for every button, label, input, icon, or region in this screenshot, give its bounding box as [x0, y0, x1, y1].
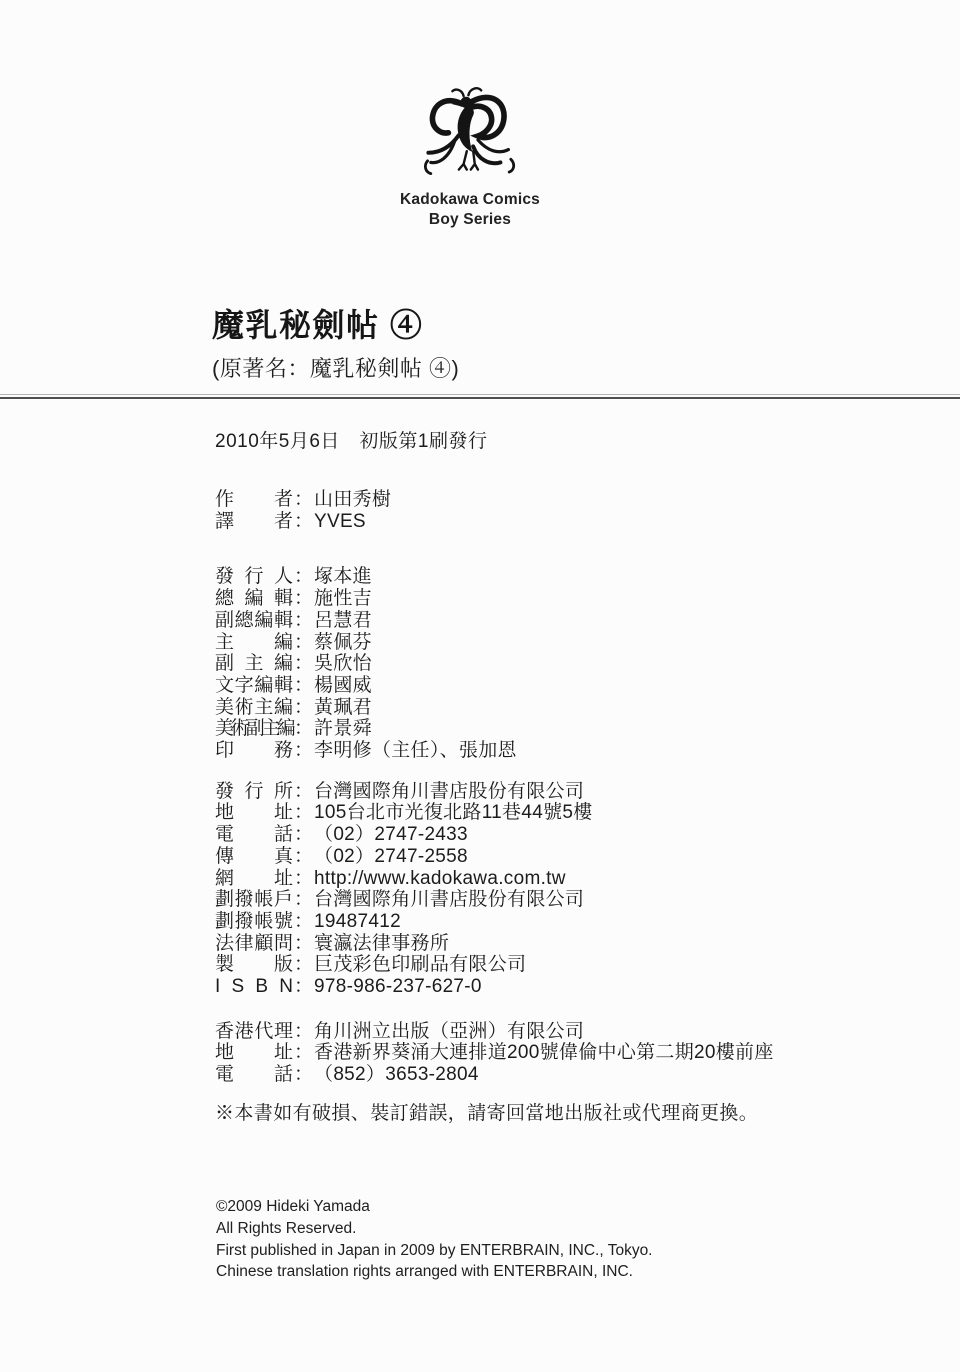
credit-label: 製版 — [215, 954, 293, 976]
credit-colon: ： — [294, 740, 313, 762]
credit-row: 香港代理 ： 角川洲立出版（亞洲）有限公司 — [215, 1021, 774, 1043]
credit-colon: ： — [294, 588, 313, 610]
credit-label: 副主編 — [215, 653, 293, 675]
divider-rule — [0, 394, 960, 399]
credit-value: （02）2747-2558 — [314, 846, 468, 868]
copyright-block: ©2009 Hideki Yamada All Rights Reserved.… — [216, 1196, 653, 1283]
credit-colon: ： — [294, 911, 313, 933]
credit-label: 副總編輯 — [215, 610, 293, 632]
credit-row: 發行所 ： 台灣國際角川書店股份有限公司 — [215, 781, 774, 803]
credit-value: 施性吉 — [314, 588, 372, 610]
credit-label: 傳真 — [215, 846, 293, 868]
credit-row: 劃撥帳號 ： 19487412 — [215, 911, 774, 933]
credit-label: 香港代理 — [215, 1021, 293, 1043]
credit-value: 台灣國際角川書店股份有限公司 — [314, 889, 584, 911]
isbn-value: 978-986-237-627-0 — [314, 976, 482, 998]
credit-colon: ： — [294, 697, 313, 719]
credit-label: 譯者 — [215, 511, 293, 533]
credit-label: 劃撥帳號 — [215, 911, 293, 933]
credit-value: 呂慧君 — [314, 610, 372, 632]
credit-block-staff: 發行人 ： 塚本進 總編輯 ： 施性吉 副總編輯 ： 呂慧君 主編 ： 蔡佩芬 … — [215, 566, 774, 761]
credit-label: 發行所 — [215, 781, 293, 803]
credit-colon: ： — [294, 954, 313, 976]
credit-block-hongkong: 香港代理 ： 角川洲立出版（亞洲）有限公司 地址 ： 香港新界葵涌大連排道200… — [215, 1021, 774, 1086]
title-block: 魔乳秘劍帖 ④ (原著名：魔乳秘剣帖 ④) — [212, 300, 459, 383]
credit-label: 作者 — [215, 489, 293, 511]
credit-colon: ： — [294, 889, 313, 911]
credit-value: 山田秀樹 — [314, 489, 391, 511]
credit-label: 主編 — [215, 632, 293, 654]
edition-line: 2010年5月6日 初版第1刷發行 — [215, 426, 487, 453]
credit-row: 文字編輯 ： 楊國威 — [215, 675, 774, 697]
credit-label: 地址 — [215, 1042, 293, 1064]
credit-colon: ： — [294, 933, 313, 955]
credit-value publisher-url: http://www.kadokawa.com.tw — [314, 868, 566, 890]
credit-colon: ： — [294, 566, 313, 588]
credit-row: 劃撥帳戶 ： 台灣國際角川書店股份有限公司 — [215, 889, 774, 911]
copyright-line: Chinese translation rights arranged with… — [216, 1261, 653, 1283]
divider-rule-dark — [0, 397, 960, 399]
credit-row: 地址 ： 香港新界葵涌大連排道200號偉倫中心第二期20樓前座 — [215, 1042, 774, 1064]
credit-colon: ： — [294, 511, 313, 533]
book-title: 魔乳秘劍帖 ④ — [212, 300, 459, 346]
credit-value: 19487412 — [314, 911, 401, 933]
credit-value: 李明修（主任）、張加恩 — [314, 740, 517, 762]
credit-colon: ： — [294, 781, 313, 803]
credit-label: 劃撥帳戶 — [215, 889, 293, 911]
credit-colon: ： — [294, 675, 313, 697]
credit-colon: ： — [294, 489, 313, 511]
credit-label: 發行人 — [215, 566, 293, 588]
credit-label: 網址 — [215, 868, 293, 890]
credit-row: 作者 ： 山田秀樹 — [215, 489, 774, 511]
credit-value: 寰瀛法律事務所 — [314, 933, 449, 955]
credit-value: （02）2747-2433 — [314, 824, 468, 846]
credit-label: 電話 — [215, 824, 293, 846]
credit-row: 地址 ： 105台北市光復北路11巷44號5樓 — [215, 802, 774, 824]
credit-colon: ： — [294, 846, 313, 868]
credit-row: 電話 ： （852）3653-2804 — [215, 1064, 774, 1086]
publisher-logo-block: Kadokawa Comics Boy Series — [378, 84, 562, 229]
credit-block-author: 作者 ： 山田秀樹 譯者 ： YVES — [215, 489, 774, 532]
credit-colon: ： — [294, 802, 313, 824]
credit-row: 網址 ： http://www.kadokawa.com.tw — [215, 868, 774, 890]
credit-row: 主編 ： 蔡佩芬 — [215, 632, 774, 654]
credit-row: 電話 ： （02）2747-2433 — [215, 824, 774, 846]
credit-colon: ： — [294, 1021, 313, 1043]
credit-value: （852）3653-2804 — [314, 1064, 479, 1086]
credit-block-publisher: 發行所 ： 台灣國際角川書店股份有限公司 地址 ： 105台北市光復北路11巷4… — [215, 781, 774, 998]
credit-colon: ： — [294, 1064, 313, 1086]
brand-line-1: Kadokawa Comics — [378, 190, 562, 210]
credit-row: I S B N ： 978-986-237-627-0 — [215, 976, 774, 998]
credit-value: 香港新界葵涌大連排道200號偉倫中心第二期20樓前座 — [314, 1042, 774, 1064]
credit-label: 總編輯 — [215, 588, 293, 610]
credit-label: 法律顧問 — [215, 933, 293, 955]
credit-row: 美術副主編 ： 許景舜 — [215, 718, 774, 740]
credit-value: 蔡佩芬 — [314, 632, 372, 654]
original-title: (原著名：魔乳秘剣帖 ④) — [212, 352, 459, 383]
brand-line-2: Boy Series — [378, 210, 562, 230]
replacement-notice: ※本書如有破損、裝訂錯誤，請寄回當地出版社或代理商更換。 — [215, 1098, 758, 1125]
credit-value: 許景舜 — [314, 718, 372, 740]
credit-label-isbn: I S B N — [215, 976, 293, 998]
credit-colon: ： — [294, 653, 313, 675]
credit-colon: ： — [294, 868, 313, 890]
copyright-line: First published in Japan in 2009 by ENTE… — [216, 1240, 653, 1262]
credit-value: 吳欣怡 — [314, 653, 372, 675]
credit-colon: ： — [294, 1042, 313, 1064]
credit-row: 副主編 ： 吳欣怡 — [215, 653, 774, 675]
copyright-line: All Rights Reserved. — [216, 1218, 653, 1240]
credit-colon: ： — [294, 976, 313, 998]
credit-value: 楊國威 — [314, 675, 372, 697]
credit-colon: ： — [294, 718, 313, 740]
credit-row: 美術主編 ： 黃珮君 — [215, 697, 774, 719]
colophon-page: Kadokawa Comics Boy Series 魔乳秘劍帖 ④ (原著名：… — [0, 0, 960, 1372]
credit-value: YVES — [314, 511, 366, 533]
credit-label: 電話 — [215, 1064, 293, 1086]
credit-row: 印務 ： 李明修（主任）、張加恩 — [215, 740, 774, 762]
credit-row: 法律顧問 ： 寰瀛法律事務所 — [215, 933, 774, 955]
credit-colon: ： — [294, 632, 313, 654]
credit-row: 總編輯 ： 施性吉 — [215, 588, 774, 610]
credit-value: 巨茂彩色印刷品有限公司 — [314, 954, 526, 976]
credit-value: 塚本進 — [314, 566, 372, 588]
credit-row: 發行人 ： 塚本進 — [215, 566, 774, 588]
credits-section: 作者 ： 山田秀樹 譯者 ： YVES 發行人 ： 塚本進 總編輯 ： 施性吉 — [215, 489, 774, 1086]
credit-label: 印務 — [215, 740, 293, 762]
credit-value: 黃珮君 — [314, 697, 372, 719]
credit-label: 地址 — [215, 802, 293, 824]
credit-row: 譯者 ： YVES — [215, 511, 774, 533]
credit-row: 副總編輯 ： 呂慧君 — [215, 610, 774, 632]
copyright-line: ©2009 Hideki Yamada — [216, 1196, 653, 1218]
credit-value: 台灣國際角川書店股份有限公司 — [314, 781, 584, 803]
credit-value: 角川洲立出版（亞洲）有限公司 — [314, 1021, 584, 1043]
credit-colon: ： — [294, 610, 313, 632]
credit-value: 105台北市光復北路11巷44號5樓 — [314, 802, 593, 824]
credit-row: 製版 ： 巨茂彩色印刷品有限公司 — [215, 954, 774, 976]
credit-label: 美術副主編 — [215, 718, 293, 740]
credit-row: 傳真 ： （02）2747-2558 — [215, 846, 774, 868]
credit-label: 美術主編 — [215, 697, 293, 719]
phoenix-icon — [422, 84, 518, 188]
credit-label: 文字編輯 — [215, 675, 293, 697]
credit-colon: ： — [294, 824, 313, 846]
